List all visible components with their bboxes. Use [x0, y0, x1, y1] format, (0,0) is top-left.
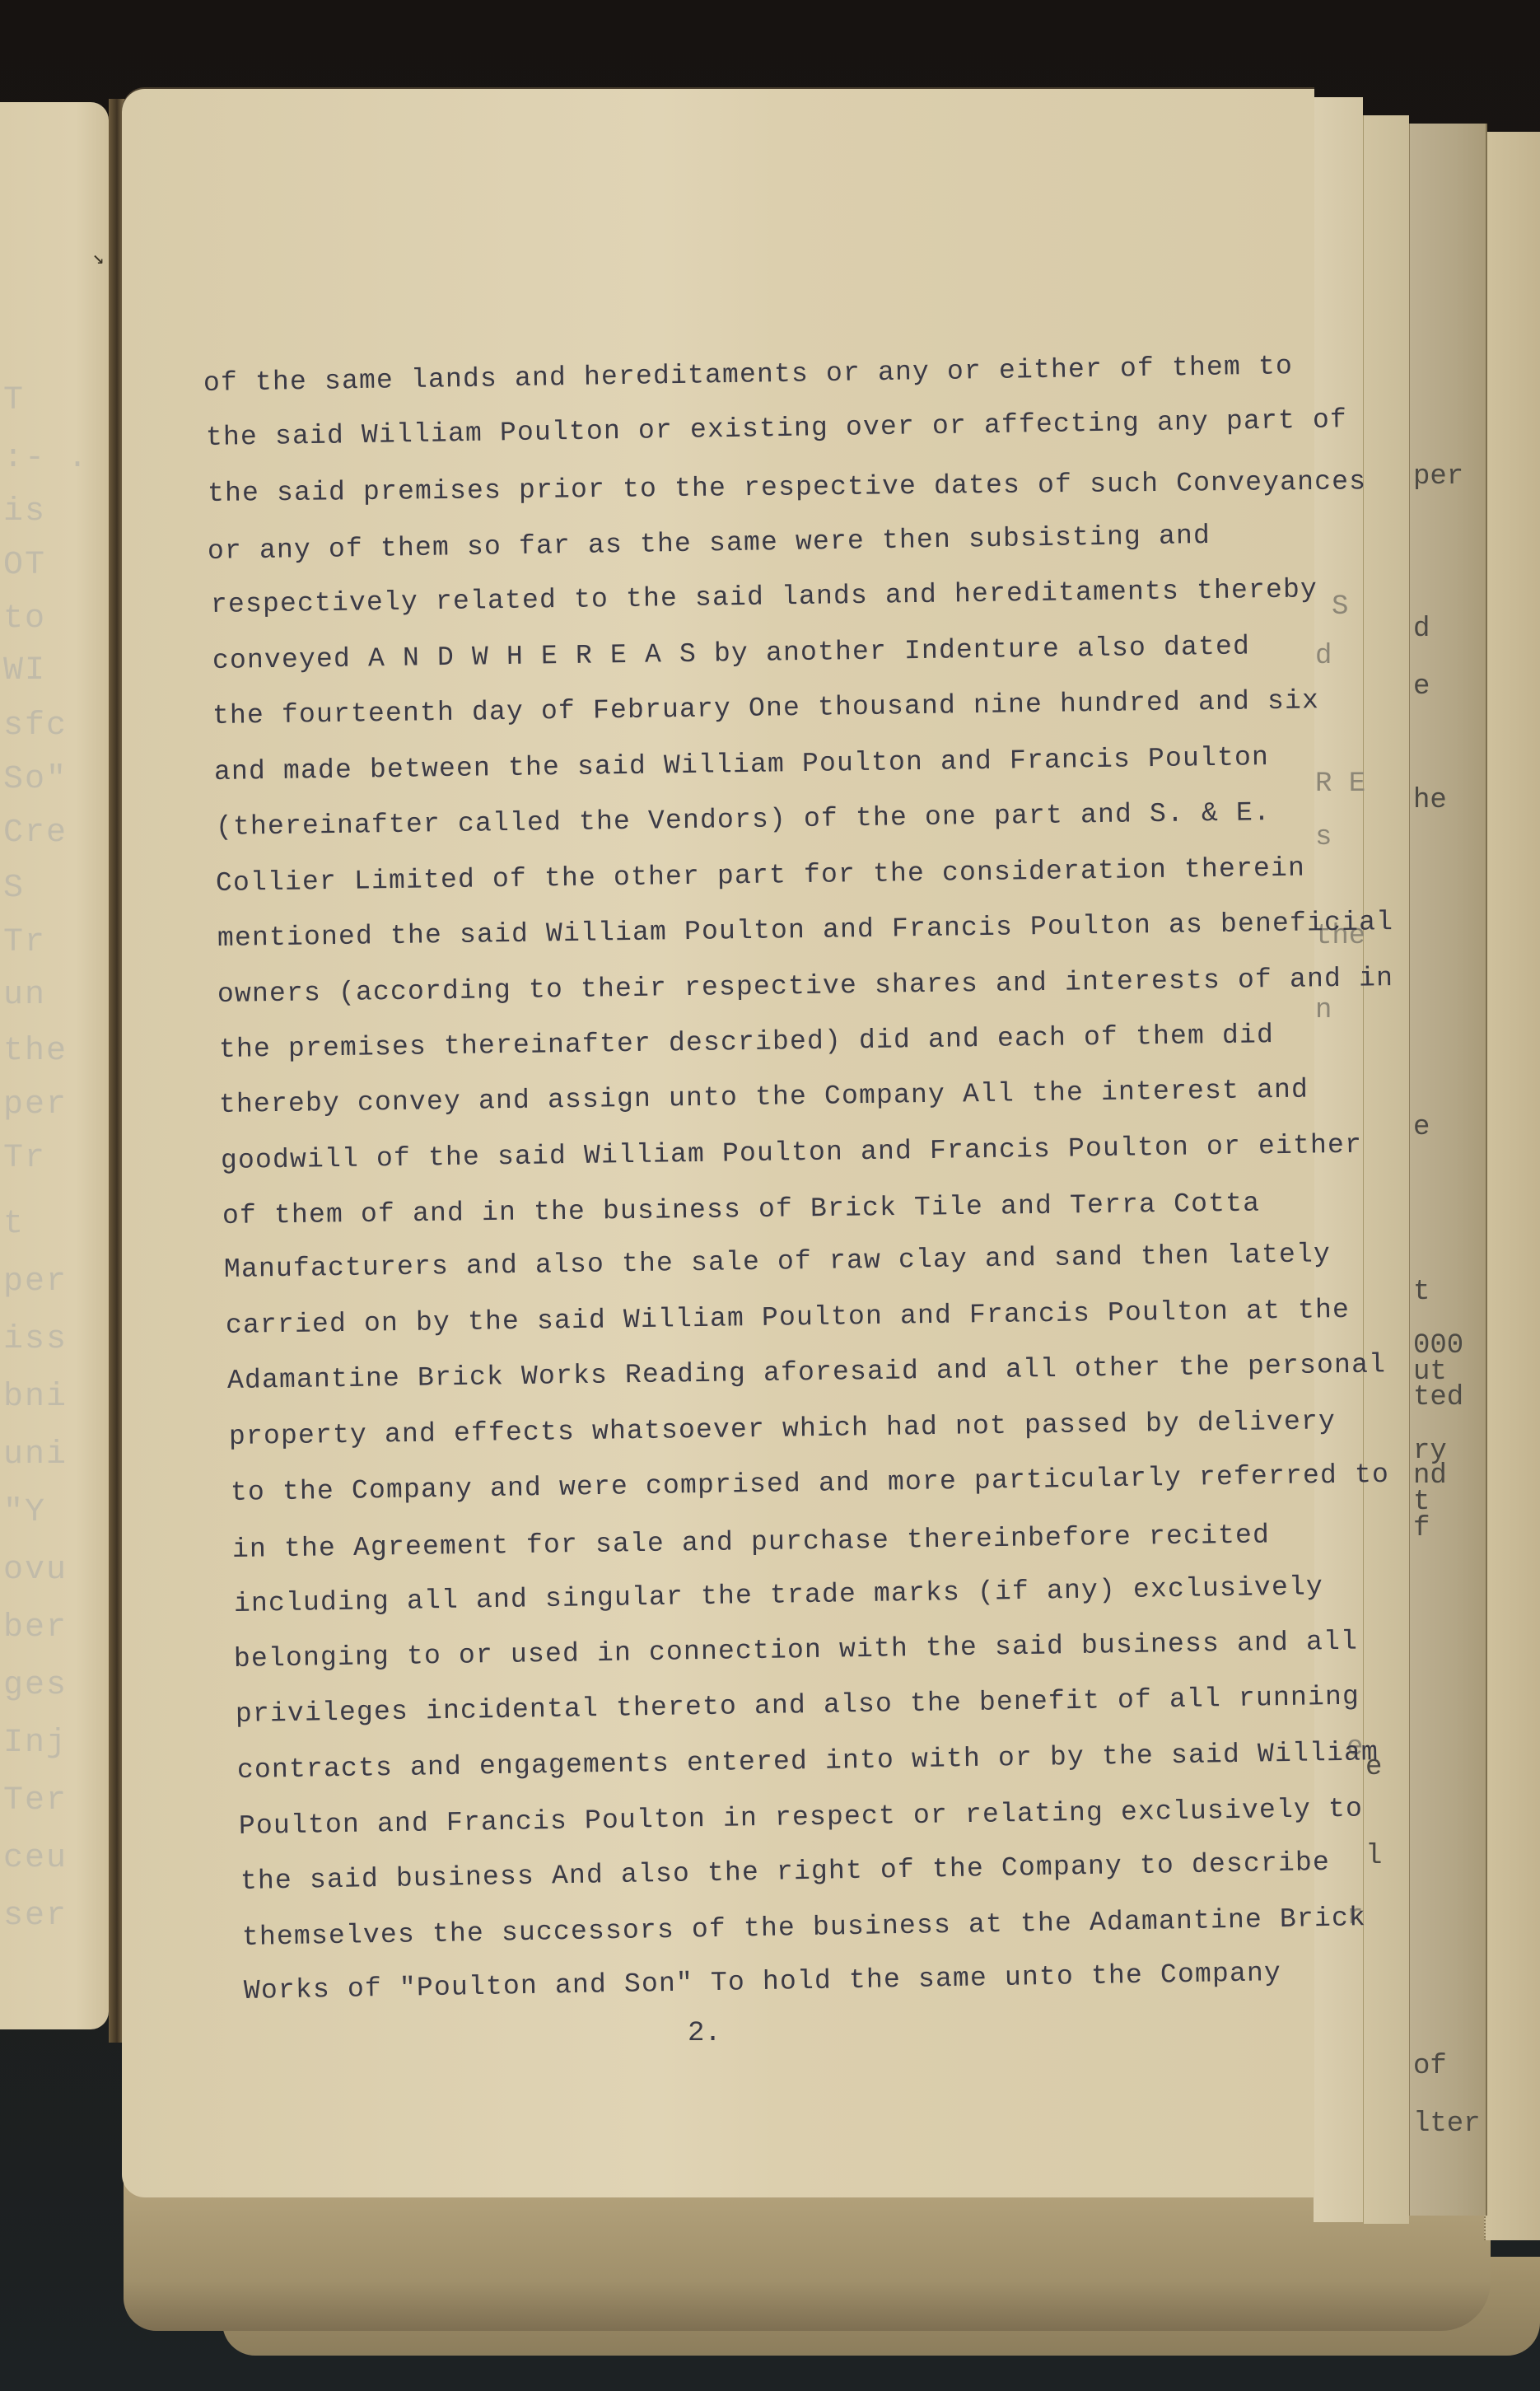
page-number: 2.	[688, 2018, 721, 2049]
edge-fragment: ted	[1413, 1382, 1463, 1413]
left-page-fragment: OT	[3, 547, 46, 584]
left-page-fragment: bni	[3, 1379, 68, 1416]
left-page-fragment: Ter	[3, 1782, 68, 1819]
left-page-fragment: is	[3, 493, 46, 530]
left-page-fragment: uni	[3, 1436, 68, 1473]
edge-fragment: per	[1413, 461, 1463, 493]
edge-fragment: l	[1365, 1841, 1382, 1872]
edge-fragment: t	[1413, 1277, 1430, 1308]
left-page-fragment: iss	[3, 1321, 68, 1358]
edge-fragment: R E	[1315, 768, 1365, 800]
left-page-fragment: ges	[3, 1667, 68, 1704]
left-page-fragment: T	[3, 382, 25, 419]
edge-fragment: S	[1332, 591, 1348, 623]
left-page-fragment: ber	[3, 1609, 68, 1646]
edge-fragment: d	[1413, 614, 1430, 645]
edge-fragment: he	[1413, 785, 1447, 816]
left-page-fragment: per	[3, 1086, 68, 1123]
left-page-fragment: to	[3, 600, 46, 637]
left-page-fragment: Tr	[3, 1140, 46, 1177]
left-page-fragment: ceu	[3, 1840, 68, 1877]
left-page-fragment: WI	[3, 652, 46, 689]
left-page-fragment: per	[3, 1263, 68, 1301]
left-page-fragment: the	[3, 1033, 68, 1070]
left-page-fragment: t	[3, 1206, 25, 1243]
left-page-fragment: S	[3, 870, 25, 907]
left-page-fragment: Cre	[3, 815, 68, 852]
left-page-fragment: sfc	[3, 707, 68, 745]
left-page-fragment: ser	[3, 1898, 68, 1935]
edge-fragment: f	[1413, 1513, 1430, 1544]
left-page-fragment: "Y	[3, 1494, 46, 1531]
right-page-edge-3: per d e he e t 000 ut ted ry nd t f of l…	[1408, 124, 1487, 2216]
left-page-fragment: un	[3, 977, 46, 1014]
left-page-fragment: So"	[3, 761, 68, 798]
edge-fragment: of	[1413, 2051, 1447, 2082]
edge-fragment: lter	[1413, 2108, 1481, 2140]
edge-fragment: s	[1315, 822, 1332, 853]
edge-fragment: d	[1315, 641, 1332, 672]
left-page-fragment: Tr	[3, 924, 46, 961]
left-page-fragment: Inj	[3, 1725, 68, 1762]
edge-fragment: n	[1315, 995, 1332, 1026]
left-facing-page: T :- . O is OT to WI sfc So" Cre S Tr un…	[0, 102, 109, 2029]
right-page-edge-4	[1484, 132, 1540, 2240]
edge-fragment: e	[1413, 1112, 1430, 1143]
right-page-edge-2: e l	[1363, 115, 1409, 2224]
margin-mark: ↘	[92, 245, 104, 270]
edge-fragment: e	[1413, 671, 1430, 703]
left-page-fragment: ovu	[3, 1552, 68, 1589]
